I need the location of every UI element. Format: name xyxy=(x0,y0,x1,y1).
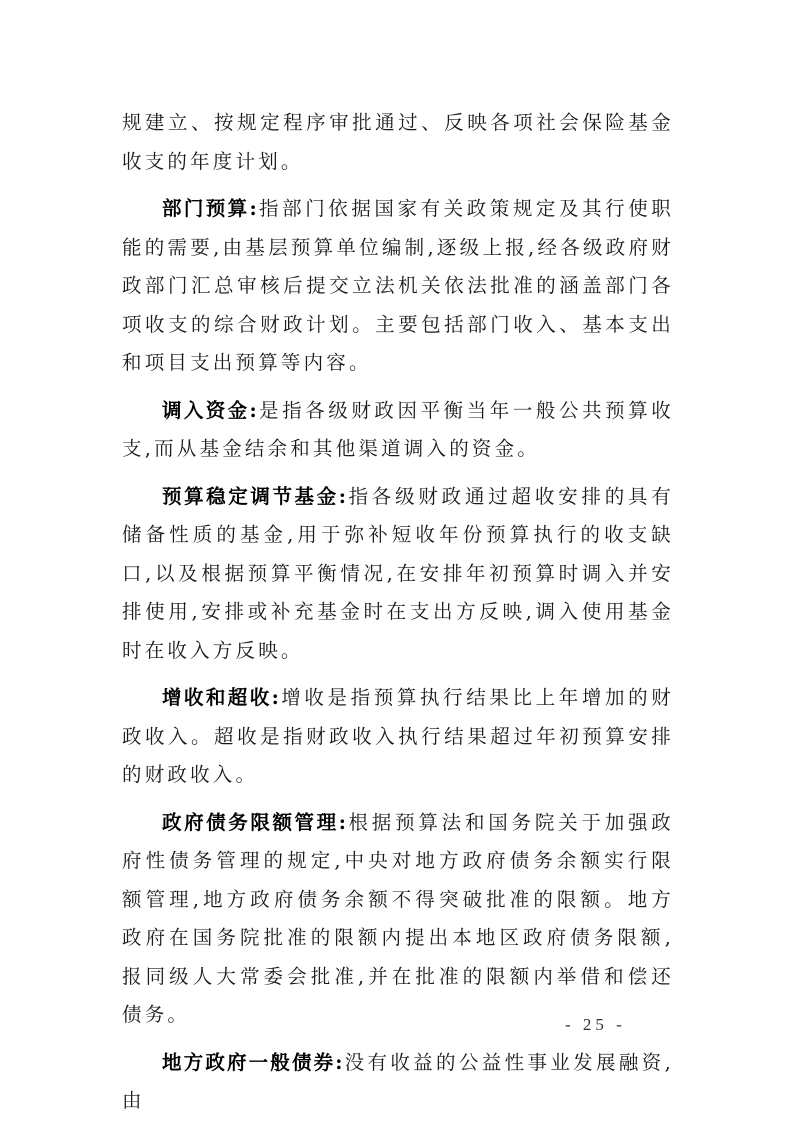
term-heading: 部门预算: xyxy=(162,197,259,220)
paragraph-department-budget: 部门预算:指部门依据国家有关政策规定及其行使职能的需要,由基层预算单位编制,逐级… xyxy=(122,190,674,383)
paragraph-text: 指部门依据国家有关政策规定及其行使职能的需要,由基层预算单位编制,逐级上报,经各… xyxy=(122,197,674,374)
term-heading: 地方政府一般债券: xyxy=(162,1051,344,1074)
document-body: 规建立、按规定程序审批通过、反映各项社会保险基金收支的年度计划。 部门预算:指部… xyxy=(122,104,674,1121)
paragraph-budget-stabilization-fund: 预算稳定调节基金:指各级财政通过超收安排的具有储备性质的基金,用于弥补短收年份预… xyxy=(122,478,674,671)
term-heading: 政府债务限额管理: xyxy=(162,811,348,834)
paragraph-general-bonds: 地方政府一般债券:没有收益的公益性事业发展融资,由 xyxy=(122,1044,674,1121)
paragraph-text: 规建立、按规定程序审批通过、反映各项社会保险基金收支的年度计划。 xyxy=(122,111,674,173)
term-heading: 调入资金: xyxy=(162,399,259,422)
paragraph-transferred-funds: 调入资金:是指各级财政因平衡当年一般公共预算收支,而从基金结余和其他渠道调入的资… xyxy=(122,392,674,469)
paragraph-revenue-increase: 增收和超收:增收是指预算执行结果比上年增加的财政收入。超收是指财政收入执行结果超… xyxy=(122,679,674,795)
page-number: - 25 - xyxy=(565,1015,626,1035)
term-heading: 增收和超收: xyxy=(162,686,281,709)
paragraph-text: 指各级财政通过超收安排的具有储备性质的基金,用于弥补短收年份预算执行的收支缺口,… xyxy=(122,485,674,662)
paragraph-debt-limit-management: 政府债务限额管理:根据预算法和国务院关于加强政府性债务管理的规定,中央对地方政府… xyxy=(122,804,674,1035)
term-heading: 预算稳定调节基金: xyxy=(162,485,348,508)
paragraph-text: 根据预算法和国务院关于加强政府性债务管理的规定,中央对地方政府债务余额实行限额管… xyxy=(122,811,674,1027)
paragraph-continuation: 规建立、按规定程序审批通过、反映各项社会保险基金收支的年度计划。 xyxy=(122,104,674,181)
